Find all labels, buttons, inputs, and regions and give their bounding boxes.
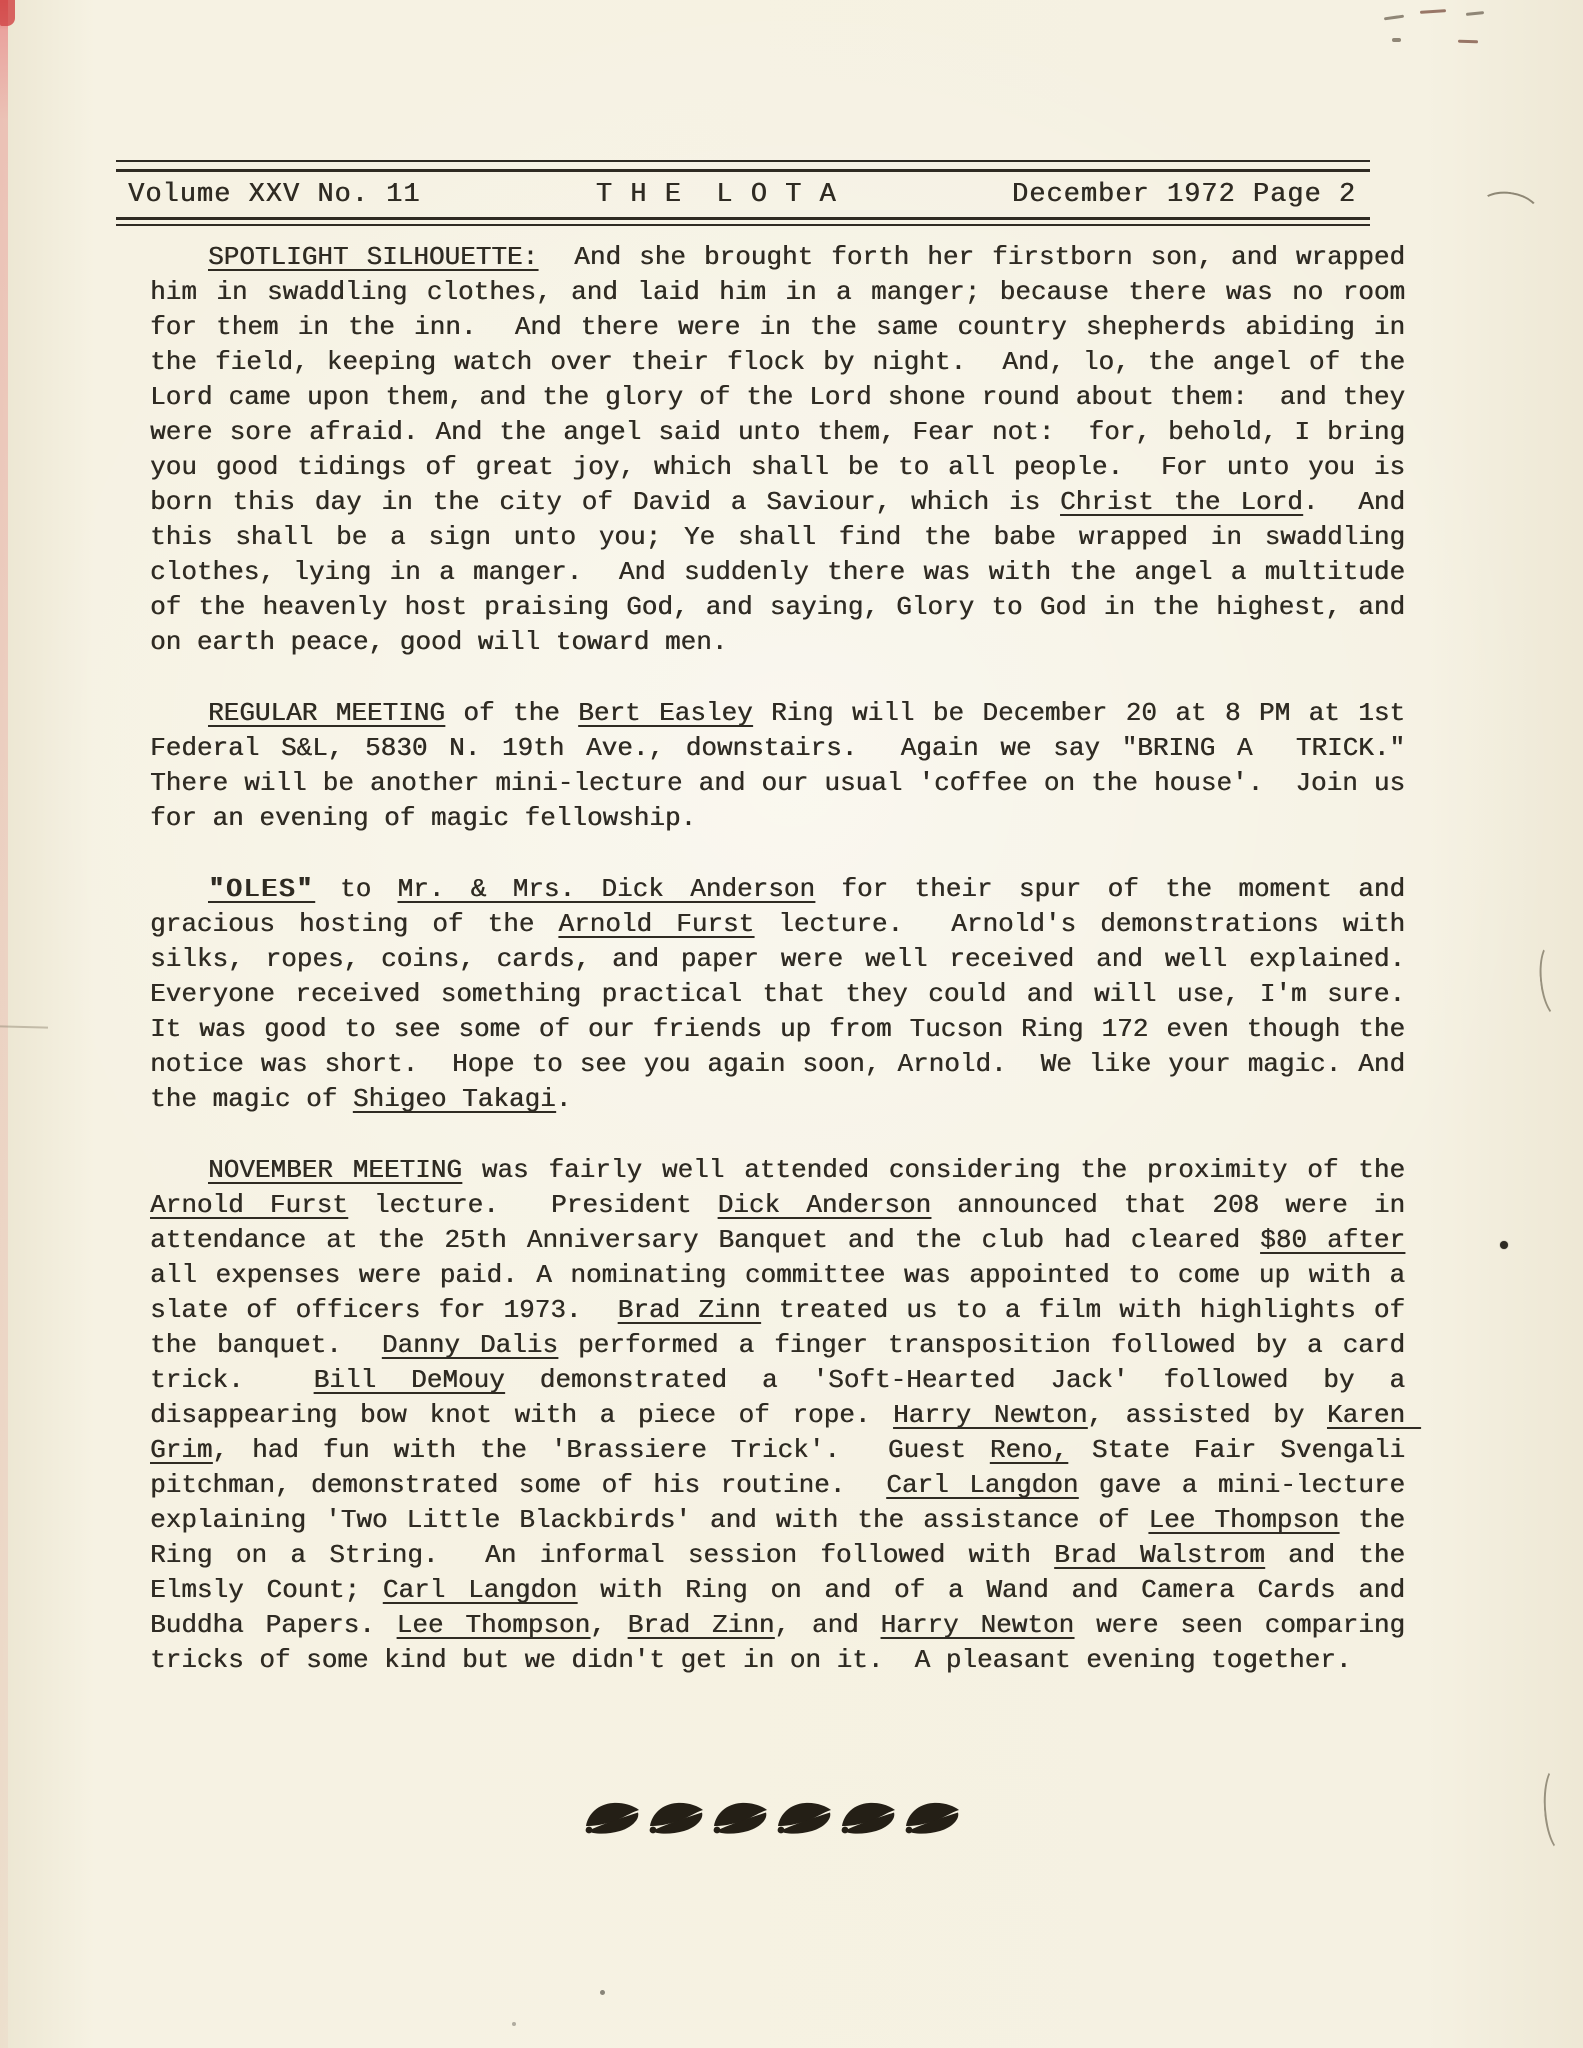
ink-dot-mark bbox=[1500, 1241, 1508, 1249]
text-segment: , bbox=[590, 1610, 628, 1640]
underlined-text: NOVEMBER MEETING bbox=[208, 1155, 462, 1185]
underlined-text: Brad Walstrom bbox=[1054, 1540, 1265, 1570]
text-segment: was fairly well attended considering the… bbox=[462, 1155, 1421, 1185]
masthead: Volume XXV No. 11 T H E L O T A December… bbox=[116, 160, 1370, 226]
text-segment: of the bbox=[445, 698, 578, 728]
holly-leaf-ornament bbox=[903, 1800, 961, 1836]
holly-leaf-ornament bbox=[775, 1800, 833, 1836]
underlined-text: SPOTLIGHT SILHOUETTE: bbox=[208, 242, 538, 272]
scan-corner-red-mark bbox=[0, 0, 15, 26]
footer-ornament bbox=[583, 1800, 961, 1836]
holly-leaf-ornament bbox=[711, 1800, 769, 1836]
pencil-mark bbox=[1420, 9, 1446, 14]
pencil-mark bbox=[1392, 38, 1401, 42]
underlined-text: Carl Langdon bbox=[886, 1470, 1078, 1500]
paper-crease-mark bbox=[1475, 187, 1542, 234]
underlined-text: Harry Newton bbox=[893, 1400, 1087, 1430]
underlined-text: Arnold Furst bbox=[558, 909, 754, 939]
underlined-text: Arnold Furst bbox=[150, 1190, 348, 1220]
holly-leaf-ornament bbox=[583, 1800, 641, 1836]
paragraph-regular-meeting: REGULAR MEETING of the Bert Easley Ring … bbox=[150, 696, 1405, 836]
paper-speck bbox=[600, 1990, 605, 1995]
pencil-mark bbox=[1458, 40, 1478, 44]
text-segment: . bbox=[556, 1084, 572, 1114]
volume-number: Volume XXV No. 11 bbox=[128, 180, 420, 210]
paragraph-november-meeting: NOVEMBER MEETING was fairly well attende… bbox=[150, 1153, 1405, 1678]
underlined-text: Danny Dalis bbox=[382, 1330, 558, 1360]
text-segment: And she brought forth her firstborn son,… bbox=[150, 242, 1421, 517]
underlined-text: Bill DeMouy bbox=[314, 1365, 505, 1395]
underlined-text: Dick Anderson bbox=[718, 1190, 931, 1220]
underlined-text: Mr. & Mrs. Dick Anderson bbox=[398, 874, 815, 904]
paper-crease-mark bbox=[1536, 941, 1574, 1020]
masthead-rule-bottom-thin bbox=[116, 224, 1370, 226]
underlined-text: Brad Zinn bbox=[618, 1295, 761, 1325]
masthead-row: Volume XXV No. 11 T H E L O T A December… bbox=[116, 172, 1370, 217]
holly-leaf-ornament bbox=[839, 1800, 897, 1836]
underlined-text: $80 after bbox=[1260, 1225, 1405, 1255]
underlined-text: Shigeo Takagi bbox=[353, 1084, 556, 1114]
paper-crease-mark bbox=[1541, 1764, 1579, 1854]
underlined-text: Lee Thompson bbox=[1148, 1505, 1339, 1535]
underlined-text: Reno, bbox=[990, 1435, 1068, 1465]
newsletter-title: T H E L O T A bbox=[596, 180, 837, 210]
article-body: SPOTLIGHT SILHOUETTE: And she brought fo… bbox=[150, 240, 1405, 1714]
paper-speck bbox=[512, 2022, 516, 2026]
text-segment: to bbox=[314, 874, 398, 904]
paragraph-oles-thanks: "OLES" to Mr. & Mrs. Dick Anderson for t… bbox=[150, 872, 1405, 1117]
text-segment: lecture. Arnold's demonstrations with si… bbox=[150, 909, 1436, 1114]
underlined-text: Brad Zinn bbox=[628, 1610, 775, 1640]
text-segment: lecture. President bbox=[348, 1190, 718, 1220]
scan-edge-pink-strip bbox=[0, 0, 8, 2048]
pencil-mark bbox=[1384, 15, 1404, 21]
underlined-text: Bert Easley bbox=[578, 698, 752, 728]
underlined-text: "OLES" bbox=[208, 874, 314, 904]
underlined-text: Harry Newton bbox=[881, 1610, 1075, 1640]
pencil-mark bbox=[1466, 11, 1484, 16]
masthead-rule-top-thin bbox=[116, 160, 1370, 162]
masthead-rule-bottom-thick bbox=[116, 217, 1370, 220]
text-segment: , assisted by bbox=[1087, 1400, 1327, 1430]
issue-date-page: December 1972 Page 2 bbox=[1012, 180, 1356, 210]
underlined-text: Christ the Lord bbox=[1060, 487, 1303, 517]
newsletter-page: Volume XXV No. 11 T H E L O T A December… bbox=[0, 0, 1583, 2048]
underlined-text: REGULAR MEETING bbox=[208, 698, 445, 728]
paragraph-spotlight-silhouette: SPOTLIGHT SILHOUETTE: And she brought fo… bbox=[150, 240, 1405, 660]
text-segment: , had fun with the 'Brassiere Trick'. Gu… bbox=[212, 1435, 989, 1465]
underlined-text: Carl Langdon bbox=[383, 1575, 577, 1605]
holly-leaf-ornament bbox=[647, 1800, 705, 1836]
underlined-text: Lee Thompson bbox=[397, 1610, 591, 1640]
text-segment: , and bbox=[774, 1610, 880, 1640]
